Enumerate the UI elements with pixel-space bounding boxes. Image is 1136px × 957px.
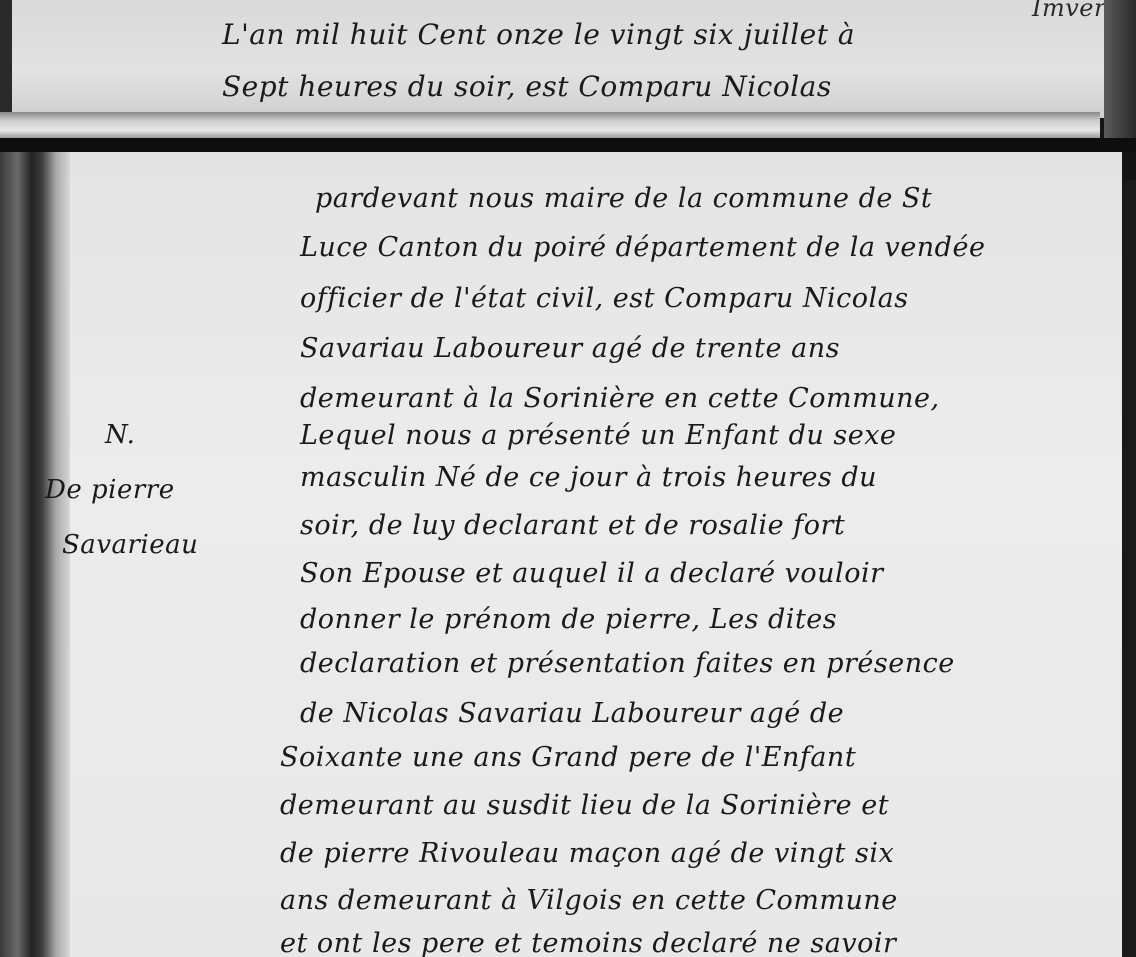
page-fold bbox=[0, 112, 1100, 138]
body-line: masculin Né de ce jour à trois heures du bbox=[300, 462, 877, 493]
book-binding bbox=[0, 152, 70, 957]
margin-surname: Savarieau bbox=[62, 530, 198, 560]
body-line: donner le prénom de pierre, Les dites bbox=[300, 604, 837, 635]
margin-firstname: De pierre bbox=[45, 475, 175, 505]
body-line: de Nicolas Savariau Laboureur agé de bbox=[300, 698, 844, 729]
page-edge-right bbox=[1122, 180, 1136, 957]
scan-edge-right bbox=[1104, 0, 1136, 140]
body-line: soir, de luy declarant et de rosalie for… bbox=[300, 510, 845, 541]
body-line: demeurant à la Sorinière en cette Commun… bbox=[300, 383, 940, 414]
body-line: Lequel nous a présenté un Enfant du sexe bbox=[300, 420, 896, 451]
body-line: ans demeurant à Vilgois en cette Commune bbox=[280, 885, 898, 916]
body-line: de pierre Rivouleau maçon agé de vingt s… bbox=[280, 838, 894, 869]
top-line-2: Sept heures du soir, est Comparu Nicolas bbox=[222, 70, 832, 103]
page-gap bbox=[0, 138, 1136, 152]
previous-page-fragment: Imvery L'an mil huit Cent onze le vingt … bbox=[12, 0, 1104, 118]
body-line: Soixante une ans Grand pere de l'Enfant bbox=[280, 742, 856, 773]
body-line: declaration et présentation faites en pr… bbox=[300, 648, 955, 679]
body-line: pardevant nous maire de la commune de St bbox=[315, 183, 932, 214]
body-line: Savariau Laboureur agé de trente ans bbox=[300, 333, 840, 364]
body-line: Luce Canton du poiré département de la v… bbox=[300, 232, 985, 263]
top-line-1: L'an mil huit Cent onze le vingt six jui… bbox=[222, 18, 855, 51]
body-line: Son Epouse et auquel il a declaré vouloi… bbox=[300, 558, 884, 589]
body-line: officier de l'état civil, est Comparu Ni… bbox=[300, 283, 909, 314]
body-line: demeurant au susdit lieu de la Sorinière… bbox=[280, 790, 889, 821]
entry-number: N. bbox=[105, 420, 135, 450]
body-line: et ont les pere et temoins declaré ne sa… bbox=[280, 928, 896, 957]
